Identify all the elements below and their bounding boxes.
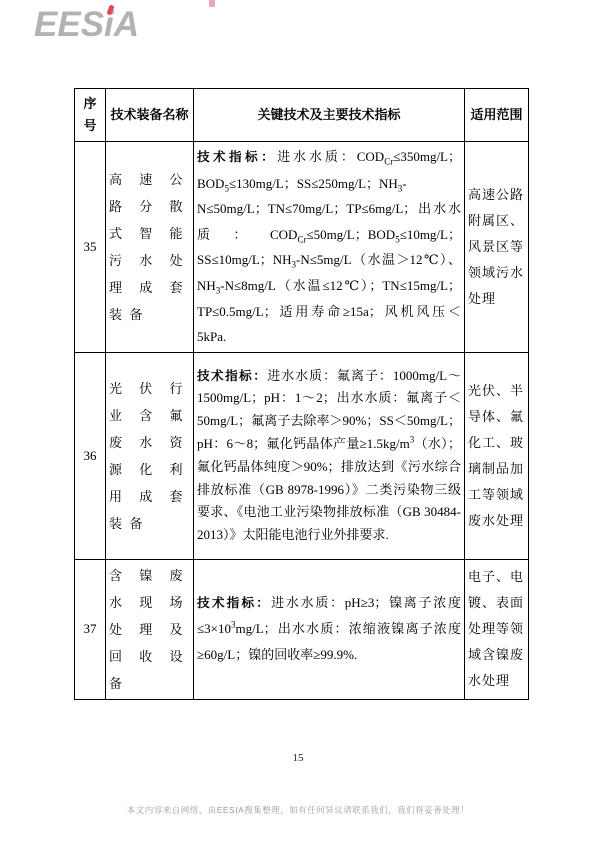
table-row: 37 含镍废水现场处理及回收设备 技术指标：进水水质：pH≥3；镍离子浓度≤3×… <box>75 559 529 699</box>
table-header-row: 序号 技术装备名称 关键技术及主要技术指标 适用范围 <box>75 89 529 142</box>
row-scope: 高速公路附属区、风景区等领域污水处理 <box>465 142 529 353</box>
row-serial-number: 35 <box>75 142 106 353</box>
stray-red-mark <box>209 0 215 7</box>
equipment-table: 序号 技术装备名称 关键技术及主要技术指标 适用范围 35 高速公路分散式智能污… <box>74 88 529 700</box>
row-serial-number: 36 <box>75 352 106 559</box>
row-scope: 光伏、半导体、氟化工、玻璃制品加工等领域废水处理 <box>465 352 529 559</box>
row-equipment-name: 光伏行业含氟废水资源化利用成套装备 <box>106 352 194 559</box>
header-serial-number: 序号 <box>75 89 106 142</box>
row-key-tech: 技术指标：进水水质：CODCr≤350mg/L；BOD5≤130mg/L；SS≤… <box>194 142 465 353</box>
eesia-logo: EESiA <box>34 6 139 44</box>
header-key-tech: 关键技术及主要技术指标 <box>194 89 465 142</box>
table-row: 36 光伏行业含氟废水资源化利用成套装备 技术指标：进水水质：氟离子：1000m… <box>75 352 529 559</box>
header-scope: 适用范围 <box>465 89 529 142</box>
table-row: 35 高速公路分散式智能污水处理成套装备 技术指标：进水水质：CODCr≤350… <box>75 142 529 353</box>
header-equipment-name: 技术装备名称 <box>106 89 194 142</box>
page-number: 15 <box>0 752 596 764</box>
document-page: EESiA 序号 技术装备名称 关键技术及主要技术指标 适用范围 35 高速公路… <box>0 0 596 842</box>
logo-text: EESiA <box>34 5 139 44</box>
footer-disclaimer: 本文内容来自网络，由EESIA搜集整理，如有任何异议请联系我们，我们将妥善处理！ <box>0 804 596 816</box>
row-key-tech: 技术指标：进水水质：pH≥3；镍离子浓度≤3×103mg/L；出水水质：浓缩液镍… <box>194 559 465 699</box>
row-key-tech: 技术指标：进水水质：氟离子：1000mg/L～1500mg/L；pH：1～2；出… <box>194 352 465 559</box>
row-equipment-name: 高速公路分散式智能污水处理成套装备 <box>106 142 194 353</box>
row-equipment-name: 含镍废水现场处理及回收设备 <box>106 559 194 699</box>
row-serial-number: 37 <box>75 559 106 699</box>
row-scope: 电子、电镀、表面处理等领域含镍废水处理 <box>465 559 529 699</box>
